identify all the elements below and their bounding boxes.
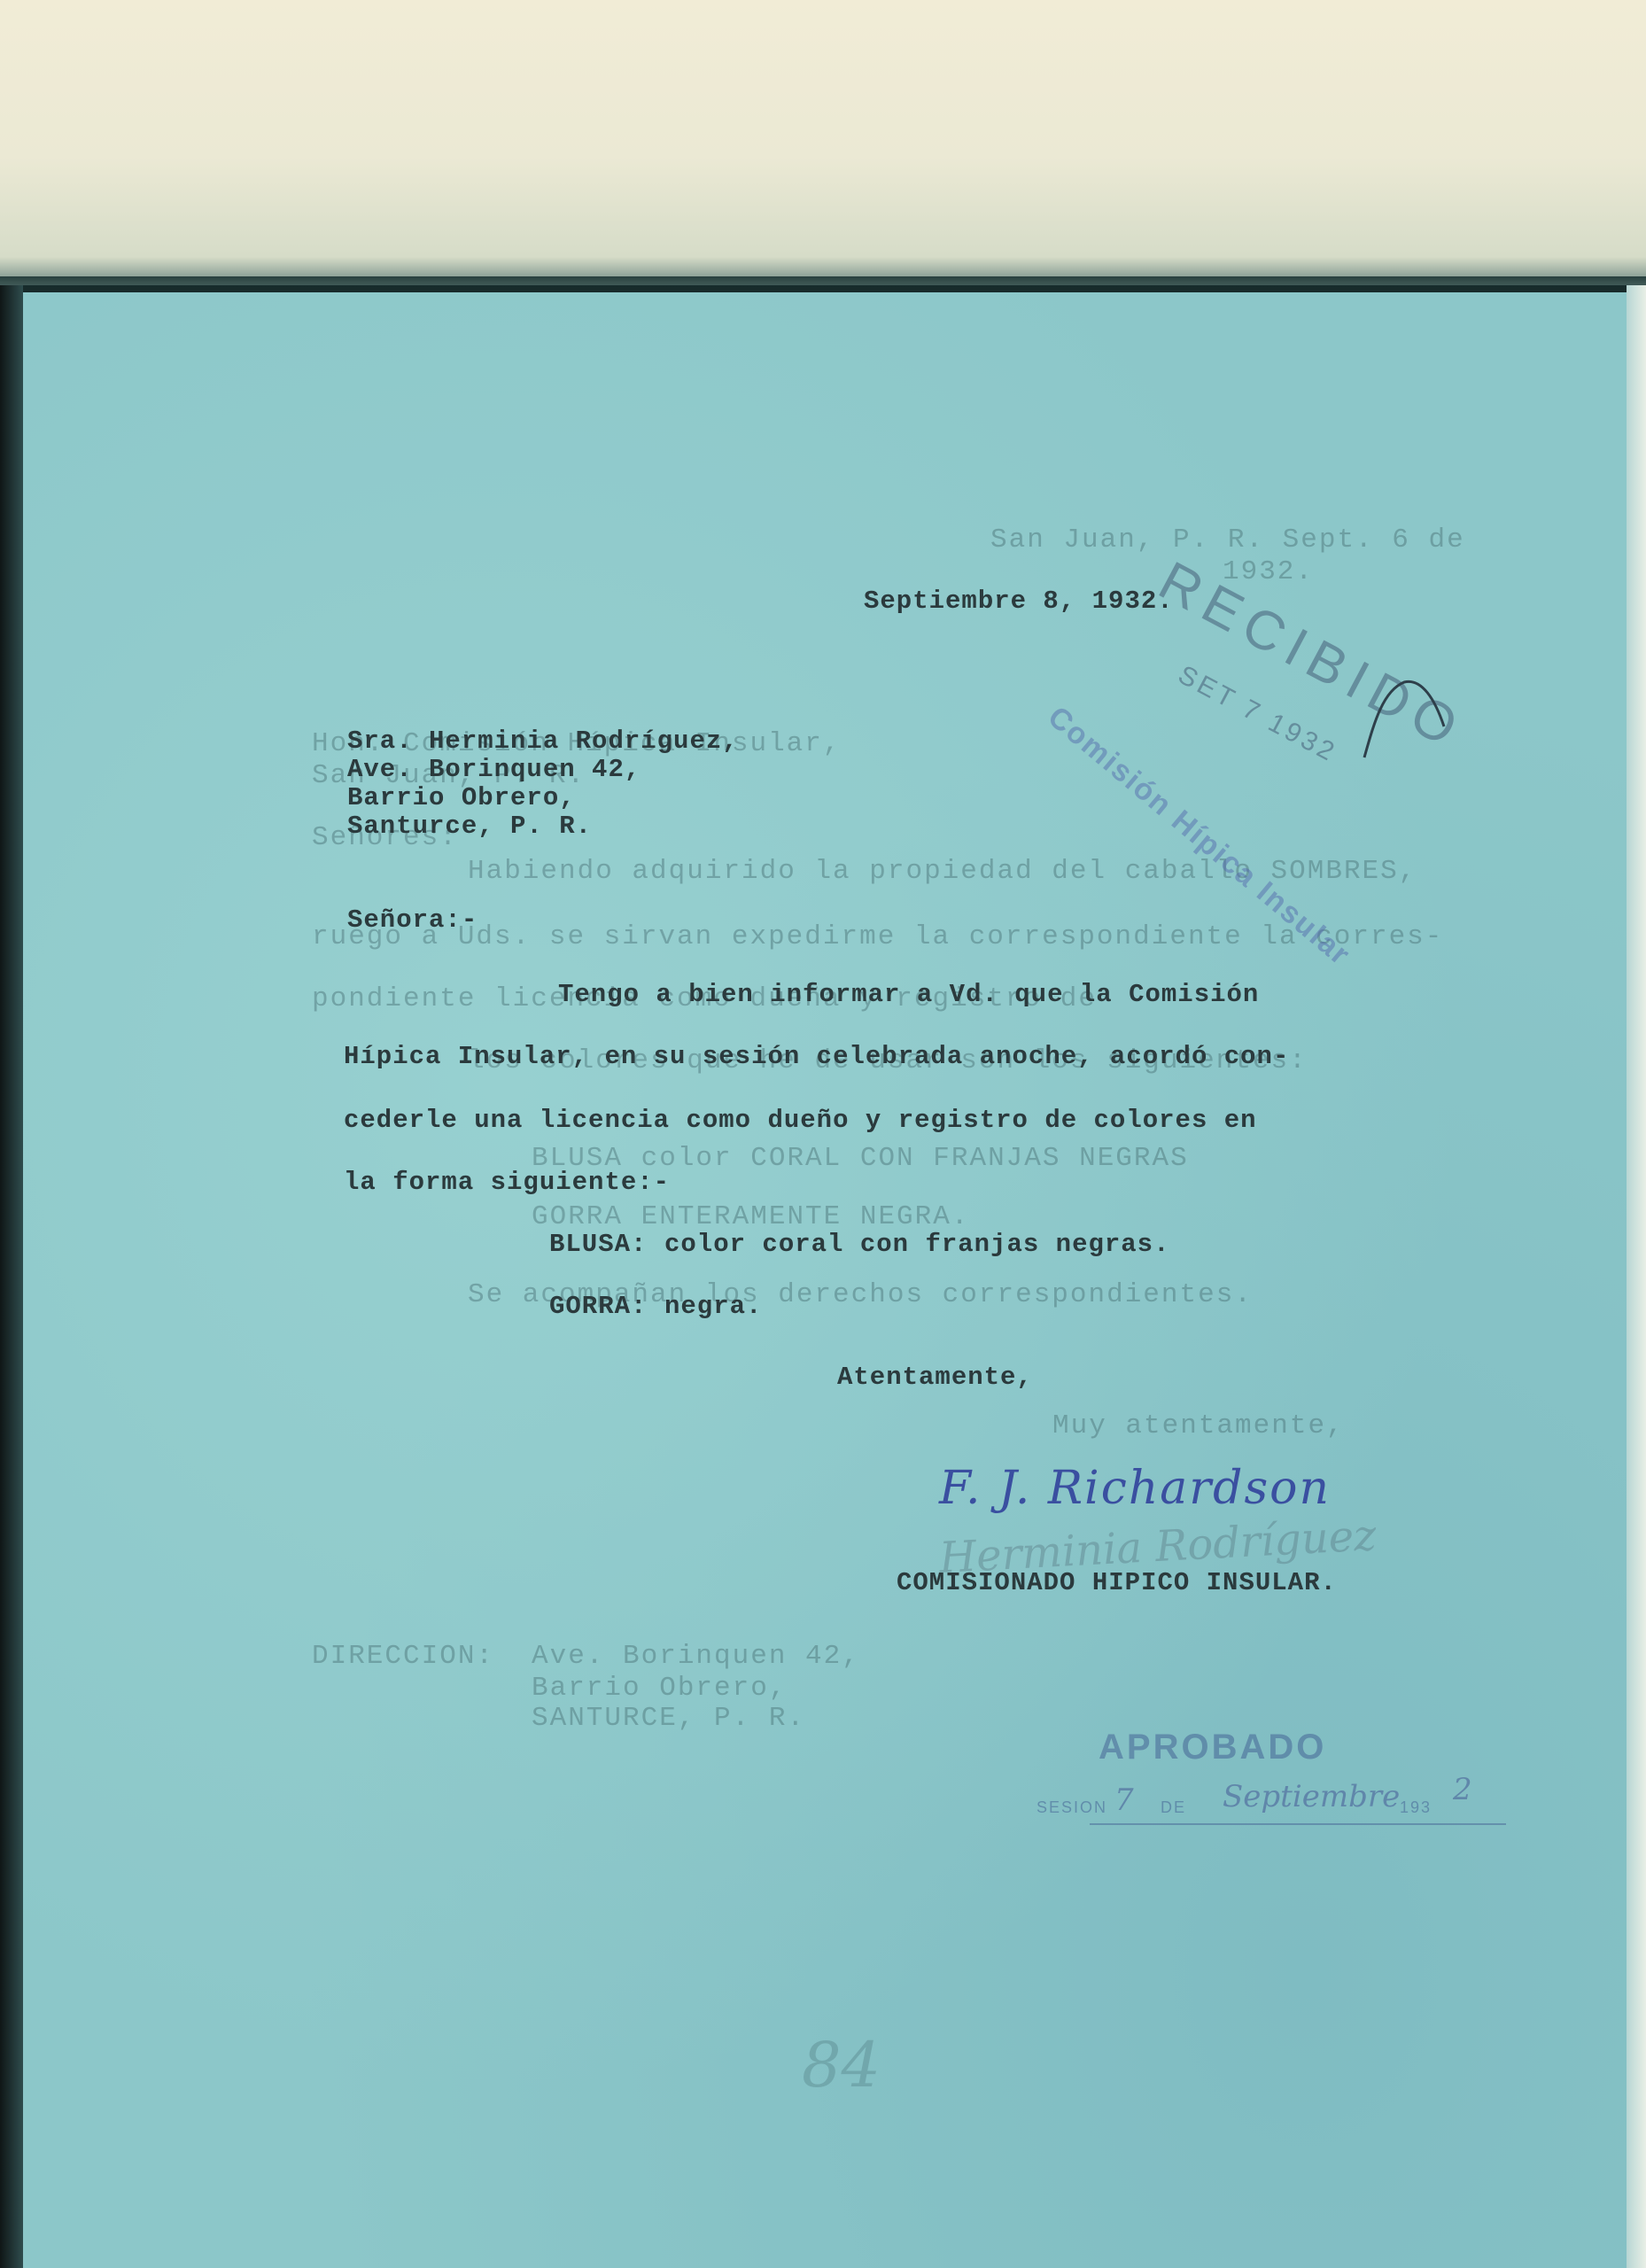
body-line-1: Tengo a bien informar a Vd. que la Comis… [558,980,1259,1009]
salutation: Señora:- [347,905,477,935]
bleed-pencil-mark: 84 [802,2029,881,2101]
folded-cream-page [0,0,1646,285]
recipient-line-2: Ave. Borinquen 42, [347,755,641,784]
approved-session-day: 7 [1114,1783,1134,1818]
body-line-2: Hípica Insular, en su sesión celebrada a… [344,1042,1289,1071]
letter-date: Septiembre 8, 1932. [864,586,1174,616]
initial-scribble-icon [1355,673,1471,762]
color-blusa-value: color coral con franjas negras. [664,1230,1170,1259]
bleed-direction-3: SANTURCE, P. R. [532,1703,805,1734]
bleed-body-2: ruego a Uds. se sirvan expedirme la corr… [312,921,1443,952]
signer-title: COMISIONADO HIPICO INSULAR. [897,1568,1337,1597]
recipient-line-1: Sra. Herminia Rodríguez, [347,726,739,756]
body-line-3: cederle una licencia como dueño y regist… [344,1106,1257,1135]
binding-edge-left [0,285,23,2268]
color-gorra-label: GORRA: [549,1292,647,1321]
page-edge-right [1627,285,1646,2268]
color-blusa-label: BLUSA: [549,1230,647,1259]
recipient-line-3: Barrio Obrero, [347,783,576,812]
bleed-direction-2: Barrio Obrero, [532,1673,787,1704]
bleed-closing: Muy atentamente, [1052,1410,1345,1441]
bleed-color-2: GORRA ENTERAMENTE NEGRA. [532,1201,969,1232]
body-line-4: la forma siguiente:- [344,1168,670,1197]
approved-stamp: APROBADO [1099,1728,1326,1767]
approved-stamp-rule [1090,1823,1506,1825]
approved-session-month: Septiembre [1223,1779,1400,1814]
color-gorra-value: negra. [664,1292,762,1321]
closing: Atentamente, [837,1363,1033,1392]
signature: F. J. Richardson [939,1462,1331,1515]
approved-session-year: 193 [1400,1798,1432,1817]
bleed-direction-label: DIRECCION: [312,1641,494,1672]
recipient-line-4: Santurce, P. R. [347,812,592,841]
approved-session-connector: DE [1161,1798,1186,1817]
bleed-date-line-1: San Juan, P. R. Sept. 6 de [990,524,1465,555]
approved-session-year-hand: 2 [1453,1772,1472,1807]
approved-stamp-session-label: SESION [1037,1798,1107,1817]
bleed-direction-1: Ave. Borinquen 42, [532,1641,860,1672]
